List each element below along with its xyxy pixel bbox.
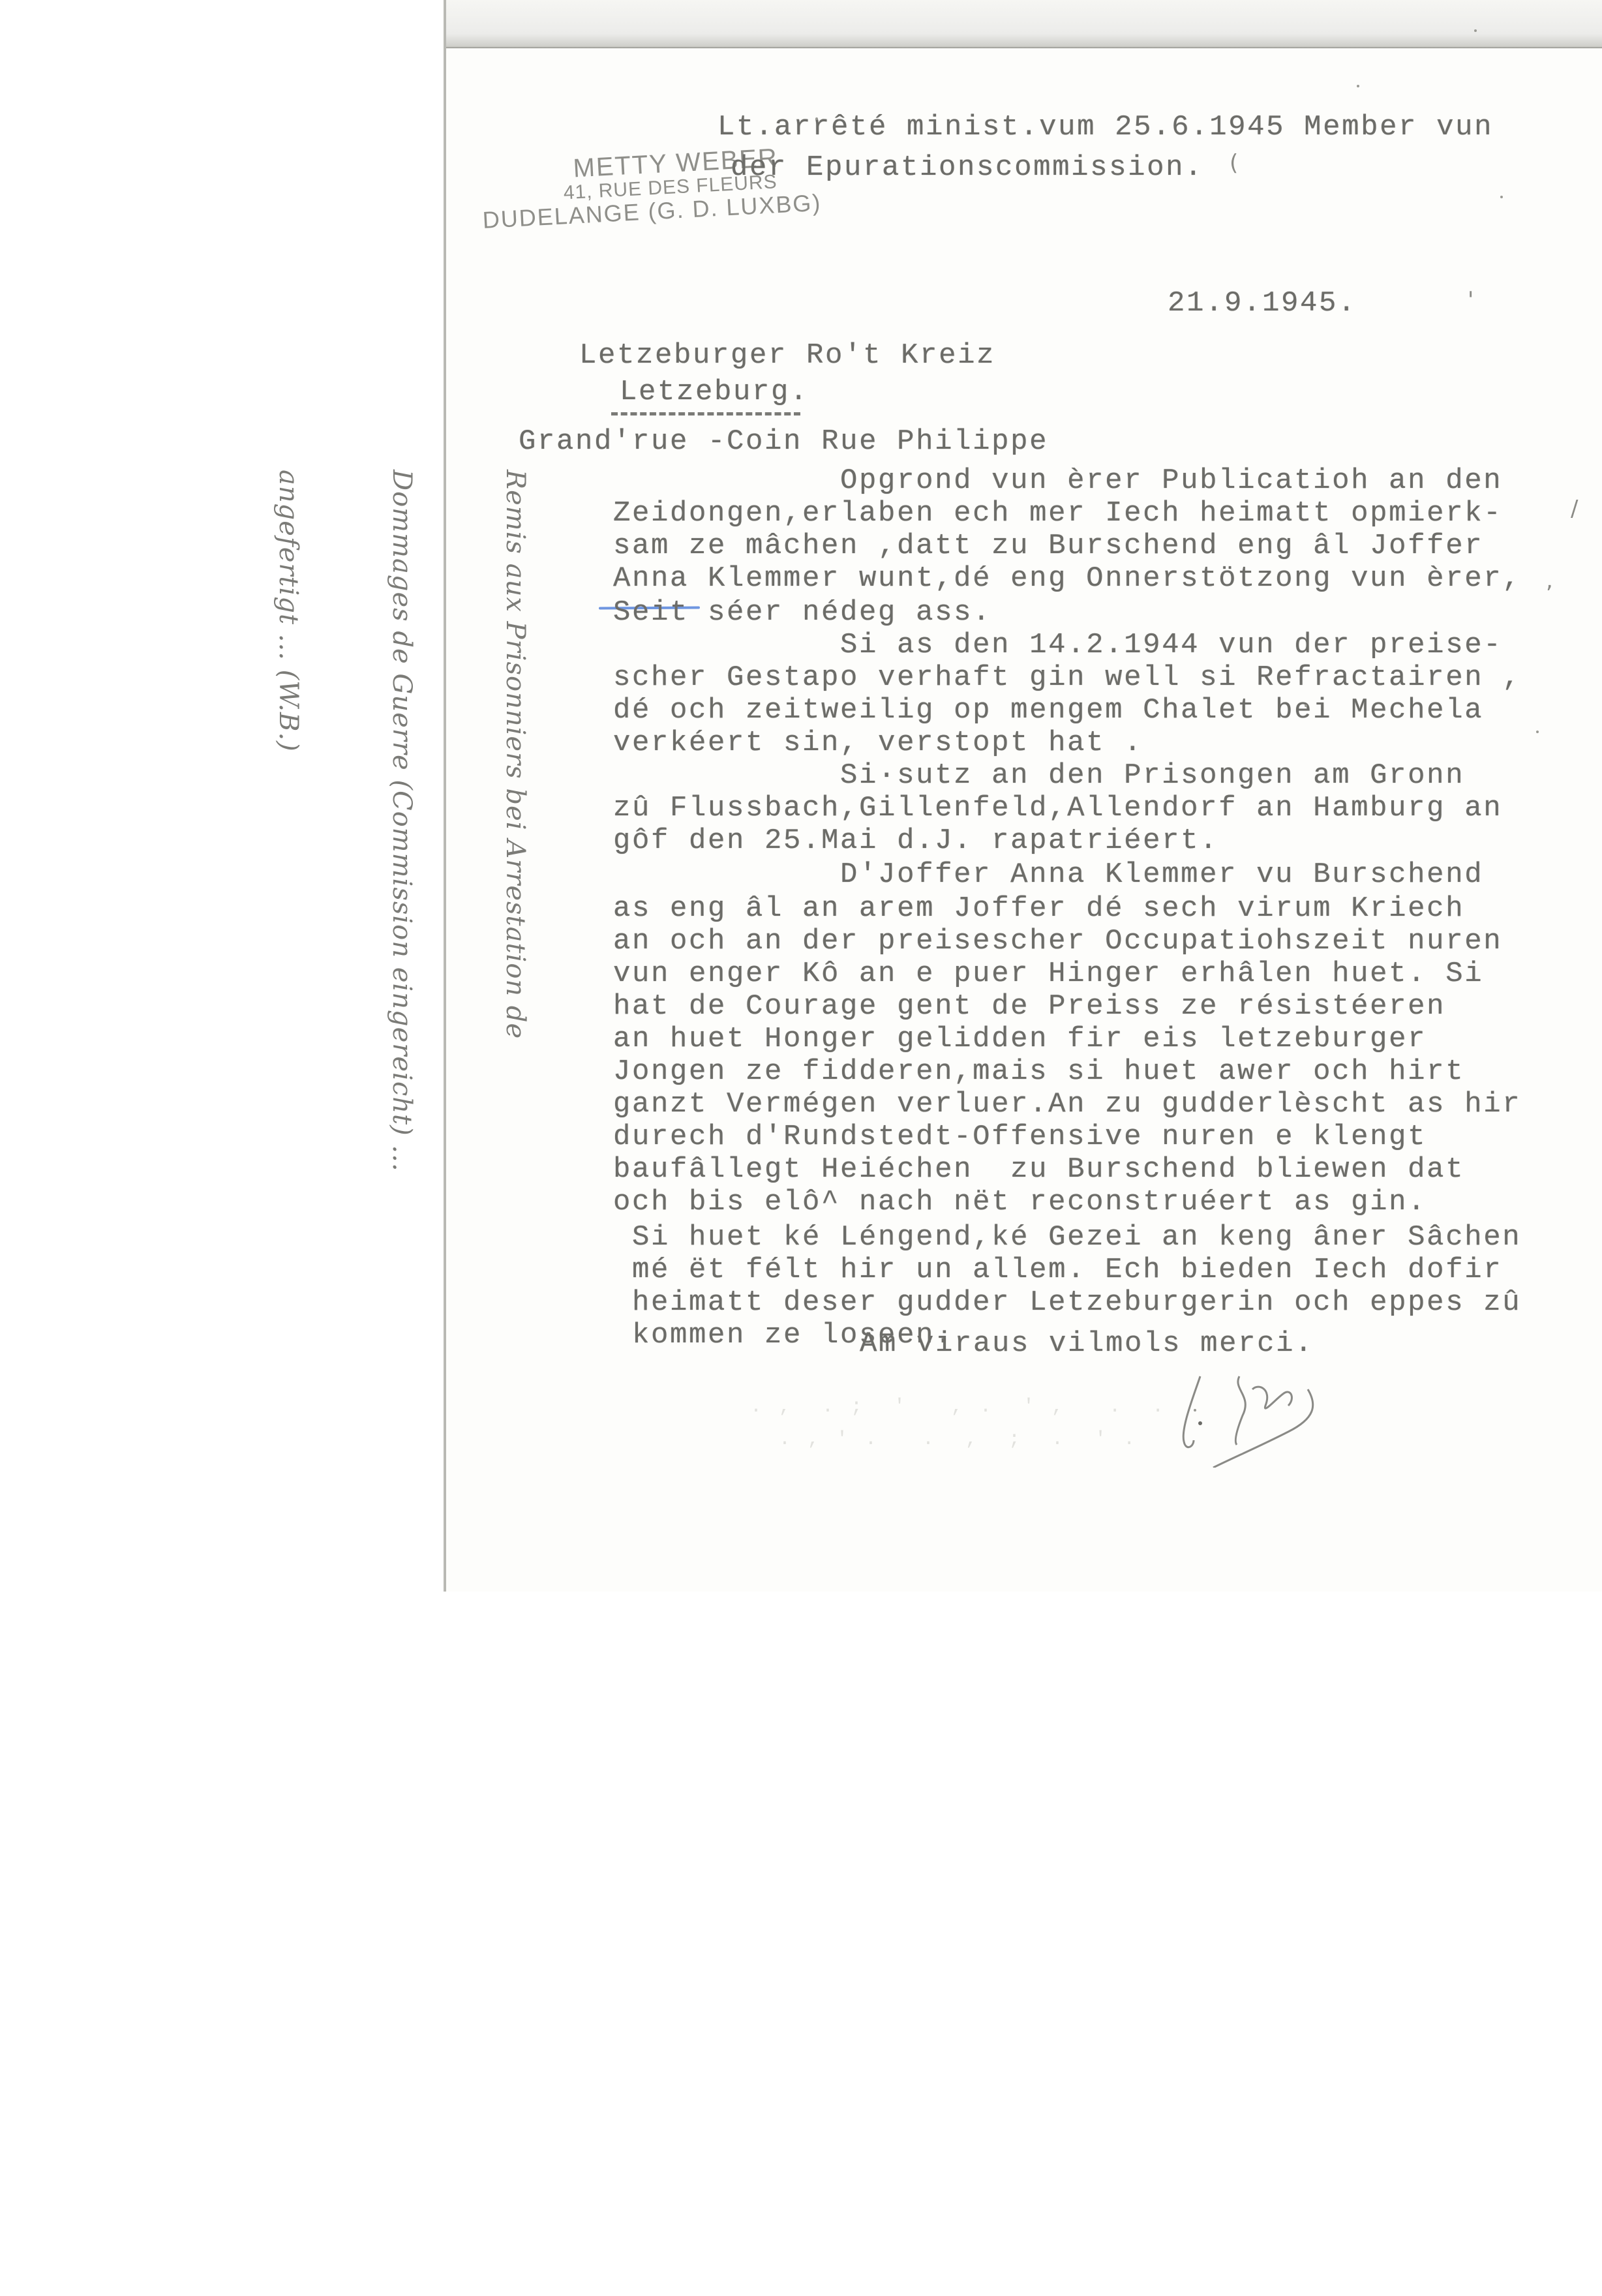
scan-top-band xyxy=(446,0,1602,48)
margin-mark: ( xyxy=(1230,150,1238,176)
header-line-1: Lt.arrêté minist.vum 25.6.1945 Member vu… xyxy=(718,111,1493,143)
body-line: an och an der preisescher Occupatiohszei… xyxy=(613,925,1502,958)
body-line: Anna Klemmer wunt,dé eng Onnerstötzong v… xyxy=(613,562,1521,595)
scan-speckle xyxy=(1500,196,1503,198)
body-line: ganzt Vermégen verluer.An zu gudderlèsch… xyxy=(613,1088,1521,1121)
body-line: mé ët félt hir un allem. Ech bieden Iech… xyxy=(613,1254,1502,1286)
body-line: Si·sutz an den Prisongen am Gronn xyxy=(613,759,1464,792)
body-line: dé och zeitweilig op mengem Chalet bei M… xyxy=(613,694,1483,727)
recipient-city-underline xyxy=(611,412,800,415)
body-line: heimatt deser gudder Letzeburgerin och e… xyxy=(613,1286,1521,1319)
margin-note-line: Remis aux Prisonniers bei Arrestation de xyxy=(496,470,534,1172)
body-line: verkéert sin, verstopt hat . xyxy=(613,727,1143,759)
body-line: hat de Courage gent de Preiss ze résisté… xyxy=(613,990,1445,1023)
body-line: Jongen ze fidderen,mais si huet awer och… xyxy=(613,1055,1464,1088)
recipient-street: Grand'rue -Coin Rue Philippe xyxy=(519,425,1048,458)
body-line: sam ze mâchen ,datt zu Burschend eng âl … xyxy=(613,530,1483,562)
scan-speckle xyxy=(1305,704,1307,707)
scan-speckle xyxy=(1357,85,1359,87)
body-line: och bis elô^ nach nët reconstruéert as g… xyxy=(613,1186,1427,1218)
margin-note-line: Dommages de Guerre (Commission eingereic… xyxy=(383,470,421,1172)
body-line: Zeidongen,erlaben ech mer Iech heimatt o… xyxy=(613,497,1502,530)
scan-speckle xyxy=(1536,731,1539,733)
body-line: baufâllegt Heiéchen zu Burschend bliewen… xyxy=(613,1153,1464,1186)
body-line: Opgrond vun èrer Publicatioh an den xyxy=(613,464,1502,497)
recipient-city: Letzeburg. xyxy=(620,376,809,408)
margin-mark: , xyxy=(1546,567,1553,594)
body-line: vun enger Kô an e puer Hinger erhâlen hu… xyxy=(613,958,1483,990)
body-line: Si huet ké Léngend,ké Gezei an keng âner… xyxy=(613,1221,1521,1254)
recipient-name: Letzeburger Ro't Kreiz xyxy=(579,339,995,372)
margin-note-line: angefertigt ... (W.B.) xyxy=(269,470,307,1172)
scan-speckle xyxy=(1474,29,1477,32)
body-line: scher Gestapo verhaft gin well si Refrac… xyxy=(613,661,1521,694)
body-line: as eng âl an arem Joffer dé sech virum K… xyxy=(613,892,1464,925)
body-line: an huet Honger gelidden fir eis letzebur… xyxy=(613,1023,1427,1055)
closing-line: Am viraus vilmols merci. xyxy=(860,1327,1314,1360)
bleed-through-text: . , ' . . , ; . ' . xyxy=(750,1428,1138,1451)
header-line-2: der Epurationscommission. xyxy=(731,151,1203,184)
scan-speckle xyxy=(1194,1409,1196,1412)
letter-date: 21.9.1945. xyxy=(1168,287,1357,320)
bleed-through-text: . , . ; ' , . ' , . . xyxy=(750,1396,1166,1418)
body-line: zû Flussbach,Gillenfeld,Allendorf an Ham… xyxy=(613,792,1502,824)
body-line: Si as den 14.2.1944 vun der preise- xyxy=(613,629,1502,661)
body-line: D'Joffer Anna Klemmer vu Burschend xyxy=(613,858,1483,891)
handwritten-margin-note: Remis aux Prisonniers bei Arrestation de… xyxy=(232,470,610,1172)
handwritten-signature xyxy=(1174,1370,1324,1468)
margin-mark: ' xyxy=(1468,287,1474,313)
body-line: durech d'Rundstedt-Offensive nuren e kle… xyxy=(613,1121,1427,1153)
margin-mark: / xyxy=(1571,496,1578,522)
scan-speckle xyxy=(815,117,818,120)
body-line: Seit séer nédeg ass. xyxy=(613,596,991,629)
body-line: gôf den 25.Mai d.J. rapatriéert. xyxy=(613,824,1218,857)
